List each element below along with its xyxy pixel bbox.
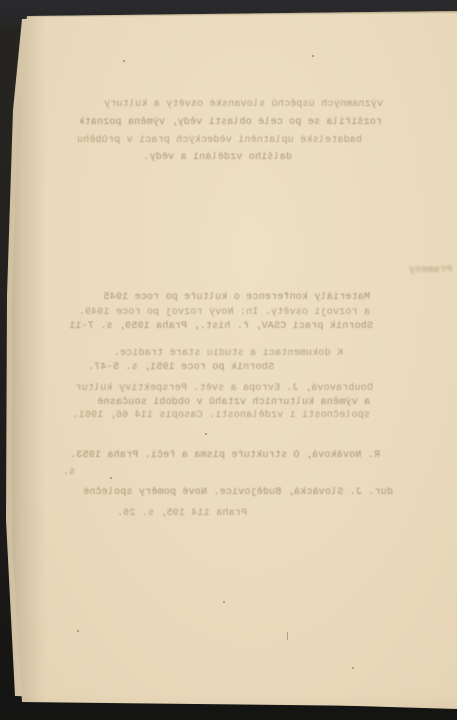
book-page: významných úspěchů slovanské osvěty a ku… <box>0 0 457 720</box>
bleedthrough-line: badatelské uplatnění vědeckých prací v p… <box>78 135 362 147</box>
bleedthrough-line: Sborník po roce 1951, s. 5-47. <box>78 362 274 374</box>
bleedthrough-line: R. Nováková, O struktuře písma a řeči. P… <box>68 450 380 462</box>
bleedthrough-line: rozšířila se po celé oblasti vědy, výměn… <box>80 117 382 129</box>
bleedthrough-line: dur. J. Slovácká, Budějovice. Nové poměr… <box>75 487 393 499</box>
paper-speck <box>352 667 354 669</box>
bleedthrough-line: Sborník prací ČSAV, ř. hist., Praha 1959… <box>70 321 373 333</box>
paper-speck <box>223 601 225 603</box>
bleedthrough-line: dalšího vzdělání a vědy. <box>122 152 292 164</box>
bleedthrough-line: Materiály konference o kultuře po roce 1… <box>102 292 370 304</box>
paper-fiber <box>287 632 288 640</box>
bleedthrough-line: a výměna kulturních vztahů v období souč… <box>71 397 370 409</box>
bleedthrough-line: K dokumentaci a studiu staré tradice. <box>112 348 343 360</box>
scanned-book-scene: významných úspěchů slovanské osvěty a ku… <box>0 0 457 720</box>
paper-speck <box>123 60 125 62</box>
paper-speck <box>77 630 79 632</box>
bleedthrough-line: významných úspěchů slovanské osvěty a ku… <box>93 99 383 111</box>
bleedthrough-line: a rozvoji osvěty. In: Nový rozvoj po roc… <box>80 307 370 319</box>
bleedthrough-line: Praha 114 195, s. 26. <box>92 508 247 520</box>
paper-speck <box>312 55 314 57</box>
bleedthrough-layer: významných úspěchů slovanské osvěty a ku… <box>0 0 457 720</box>
bleedthrough-line: Prameny <box>408 265 452 277</box>
bleedthrough-line: Doubravová, J. Evropa a svět. Perspektiv… <box>73 383 373 395</box>
bleedthrough-line: s. <box>60 467 75 479</box>
bleedthrough-line: společnosti i vzdělanosti. Časopis 114 6… <box>70 410 370 422</box>
paper-speck <box>110 477 112 479</box>
paper-speck <box>205 433 207 435</box>
